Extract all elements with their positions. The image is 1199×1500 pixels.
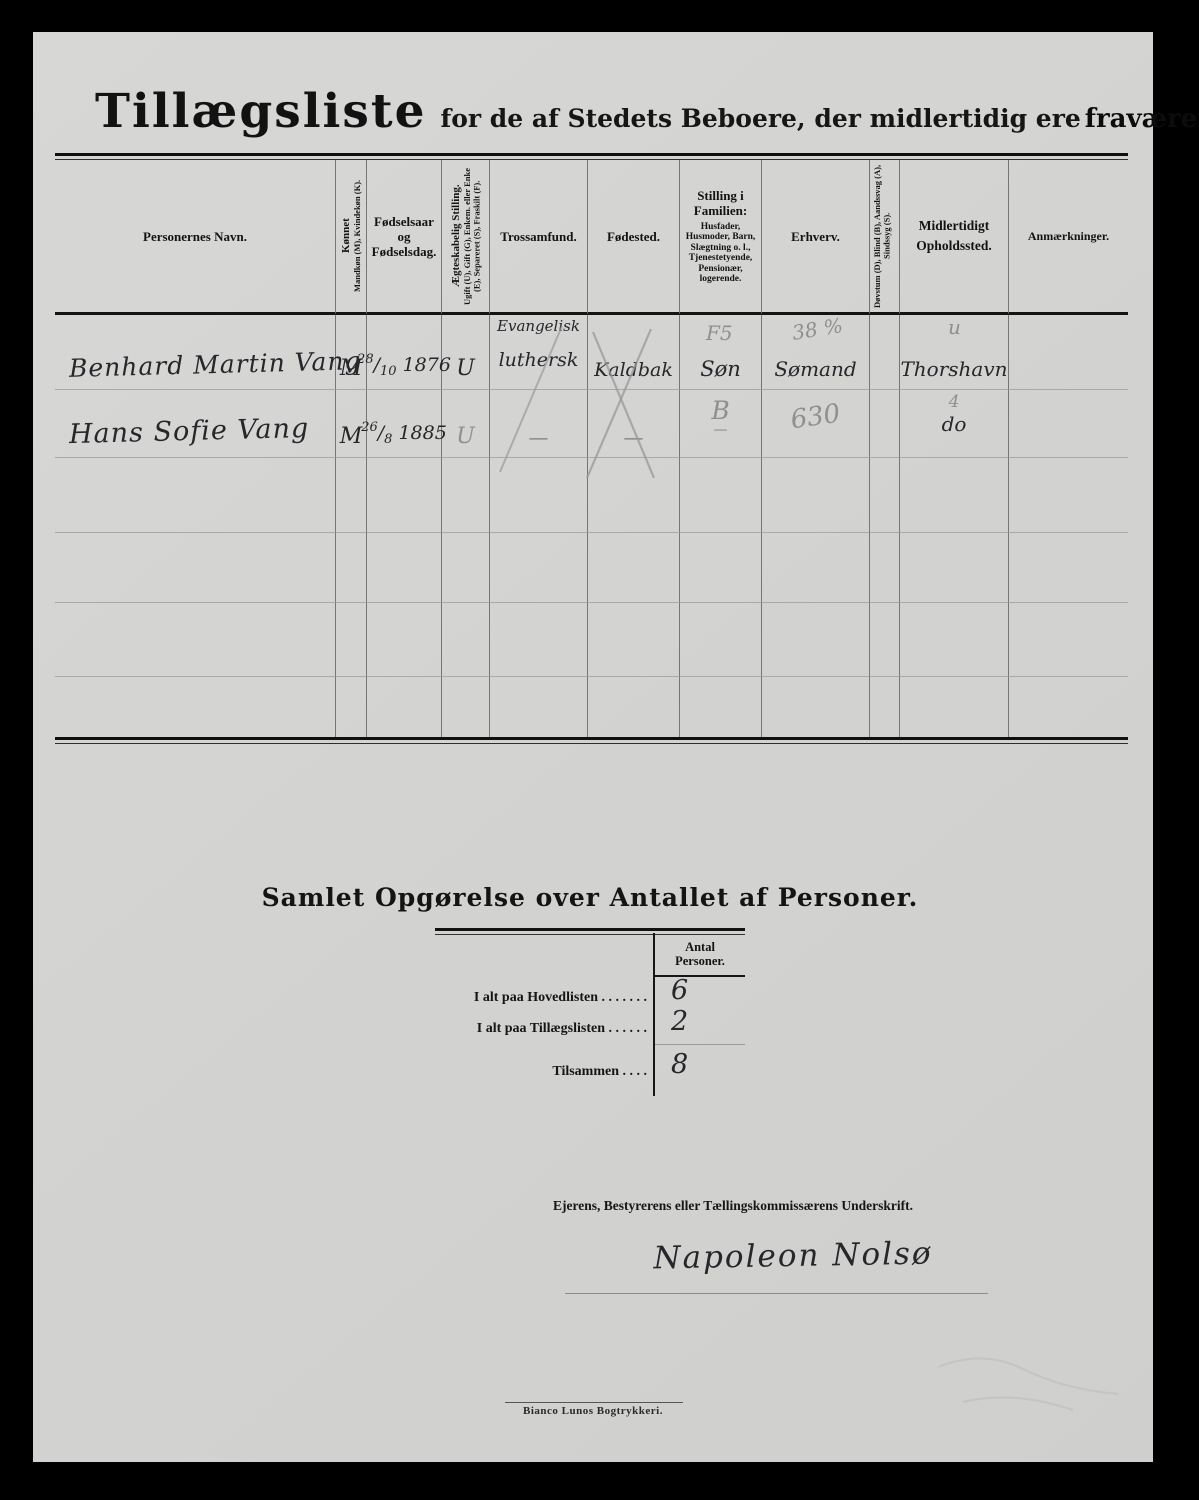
table-row-1-occupation: 38 % Sømand bbox=[762, 315, 870, 390]
pencil-smudge bbox=[938, 1358, 1118, 1410]
printer-rule bbox=[505, 1402, 683, 1403]
col-header-fodested: Fødested. bbox=[588, 160, 680, 315]
table-row-2-family-position: B — bbox=[680, 390, 762, 458]
table-row-2-remarks bbox=[1009, 390, 1128, 458]
empty-cell bbox=[367, 603, 442, 677]
summary-top-rule bbox=[435, 928, 745, 935]
empty-cell bbox=[55, 677, 336, 737]
table-row-1-birthdate: 28/10 1876 bbox=[367, 315, 442, 390]
empty-cell bbox=[490, 458, 588, 533]
table-row-1-birthplace: Kaldbak bbox=[588, 315, 680, 390]
empty-cell bbox=[588, 677, 680, 737]
empty-cell bbox=[442, 677, 490, 737]
summary-row-label: Tilsammen . . . . bbox=[435, 1064, 647, 1080]
empty-cell bbox=[762, 533, 870, 603]
empty-cell bbox=[1009, 677, 1128, 737]
empty-cell bbox=[442, 533, 490, 603]
summary-table: Antal Personer. I alt paa Hovedlisten . … bbox=[435, 928, 745, 1133]
col-header-erhverv: Erhverv. bbox=[762, 160, 870, 315]
empty-cell bbox=[870, 677, 900, 737]
empty-cell bbox=[1009, 603, 1128, 677]
empty-cell bbox=[680, 458, 762, 533]
table-bottom-rule bbox=[55, 737, 1128, 744]
signature-line bbox=[565, 1293, 988, 1294]
empty-cell bbox=[367, 677, 442, 737]
signature-label: Ejerens, Bestyrerens eller Tællingskommi… bbox=[453, 1198, 1013, 1214]
empty-cell bbox=[680, 533, 762, 603]
pencil-mark: 4 bbox=[900, 392, 1008, 412]
table-row-1-marital: U bbox=[442, 315, 490, 390]
absentees-table: Personernes Navn. KønnetMandkøn (M), Kvi… bbox=[55, 160, 1128, 737]
pencil-mark: U bbox=[456, 424, 475, 449]
empty-cell bbox=[900, 603, 1009, 677]
summary-row-value: 8 bbox=[671, 1049, 688, 1080]
table-row-1-religion: Evangelisk luthersk bbox=[490, 315, 588, 390]
empty-cell bbox=[680, 603, 762, 677]
table-row-1-family-position: F5 Søn bbox=[680, 315, 762, 390]
col-header-fodsel: Fødselsaar og Fødselsdag. bbox=[367, 160, 442, 315]
empty-cell bbox=[762, 458, 870, 533]
empty-cell bbox=[442, 458, 490, 533]
summary-row-value: 6 bbox=[671, 975, 688, 1006]
empty-cell bbox=[900, 533, 1009, 603]
table-row-2-marital: U bbox=[442, 390, 490, 458]
table-row-1-name: Benhard Martin Vang bbox=[55, 315, 336, 390]
empty-cell bbox=[55, 603, 336, 677]
empty-cell bbox=[762, 677, 870, 737]
empty-cell bbox=[588, 458, 680, 533]
table-row-2-religion: — bbox=[490, 390, 588, 458]
empty-cell bbox=[336, 458, 367, 533]
title-rule bbox=[55, 153, 1128, 160]
title-main: Tillægsliste bbox=[95, 84, 426, 139]
empty-cell bbox=[870, 533, 900, 603]
empty-cell bbox=[490, 677, 588, 737]
title-tail-bold: fraværende. bbox=[1085, 104, 1199, 134]
empty-cell bbox=[900, 458, 1009, 533]
empty-cell bbox=[588, 603, 680, 677]
table-row-2-birthdate: 26/8 1885 bbox=[367, 390, 442, 458]
table-row-1-remarks bbox=[1009, 315, 1128, 390]
table-row-2-name: Hans Sofie Vang bbox=[55, 390, 336, 458]
pencil-mark: B bbox=[680, 396, 761, 425]
summary-row-label: I alt paa Tillægslisten . . . . . . bbox=[435, 1021, 647, 1037]
col-header-aegteskab: Ægteskabelig Stilling.Ugift (U), Gift (G… bbox=[442, 160, 490, 315]
empty-cell bbox=[680, 677, 762, 737]
table-row-1-temp-residence: u Thorshavn bbox=[900, 315, 1009, 390]
summary-row-value: 2 bbox=[671, 1006, 688, 1037]
table-row-1-disability bbox=[870, 315, 900, 390]
summary-col-header: Antal Personer. bbox=[655, 940, 745, 968]
col-header-navn: Personernes Navn. bbox=[55, 160, 336, 315]
col-header-stilling: Stilling i Familien: Husfader, Husmoder,… bbox=[680, 160, 762, 315]
summary-row-label: I alt paa Hovedlisten . . . . . . . bbox=[435, 990, 647, 1006]
signature-handwritten: Napoleon Nolsø bbox=[563, 1234, 1024, 1278]
empty-cell bbox=[336, 603, 367, 677]
empty-cell bbox=[367, 458, 442, 533]
pencil-mark: u bbox=[948, 315, 961, 339]
empty-cell bbox=[336, 533, 367, 603]
empty-cell bbox=[55, 533, 336, 603]
empty-cell bbox=[870, 458, 900, 533]
title-tail: for de af Stedets Beboere, der midlertid… bbox=[440, 104, 1080, 133]
summary-header-rule bbox=[655, 975, 745, 977]
empty-cell bbox=[588, 533, 680, 603]
col-header-opholdssted: Midlertidigt Opholdssted. bbox=[900, 160, 1009, 315]
col-header-kon: KønnetMandkøn (M), Kvindekøn (K). bbox=[336, 160, 367, 315]
col-header-trossamfund: Trossamfund. bbox=[490, 160, 588, 315]
pencil-mark: 38 % bbox=[790, 313, 844, 345]
empty-cell bbox=[1009, 533, 1128, 603]
col-header-anmaerkninger: Anmærkninger. bbox=[1009, 160, 1128, 315]
paper-sheet: Tillægslistefor de af Stedets Beboere, d… bbox=[33, 32, 1153, 1462]
col-header-dovstum: Døvstum (D), Blind (B), Aandssvag (A), S… bbox=[870, 160, 900, 315]
empty-cell bbox=[55, 458, 336, 533]
table-row-2-temp-residence: 4 do bbox=[900, 390, 1009, 458]
table-row-2-disability bbox=[870, 390, 900, 458]
empty-cell bbox=[367, 533, 442, 603]
pencil-mark: 630 bbox=[760, 395, 870, 440]
empty-cell bbox=[442, 603, 490, 677]
scanned-census-page: { "page": { "title": "Tillægsliste", "ti… bbox=[0, 0, 1199, 1500]
table-row-2-birthplace: — bbox=[588, 390, 680, 458]
empty-cell bbox=[1009, 458, 1128, 533]
empty-cell bbox=[762, 603, 870, 677]
pencil-mark: F5 bbox=[706, 321, 733, 345]
table-row-2-occupation: 630 bbox=[762, 390, 870, 458]
empty-cell bbox=[490, 603, 588, 677]
empty-cell bbox=[900, 677, 1009, 737]
page-title: Tillægslistefor de af Stedets Beboere, d… bbox=[95, 84, 1145, 139]
summary-title: Samlet Opgørelse over Antallet af Person… bbox=[233, 883, 947, 912]
printer-imprint: Bianco Lunos Bogtrykkeri. bbox=[453, 1405, 733, 1417]
empty-cell bbox=[490, 533, 588, 603]
summary-sum-rule bbox=[655, 1044, 745, 1045]
empty-cell bbox=[870, 603, 900, 677]
empty-cell bbox=[336, 677, 367, 737]
